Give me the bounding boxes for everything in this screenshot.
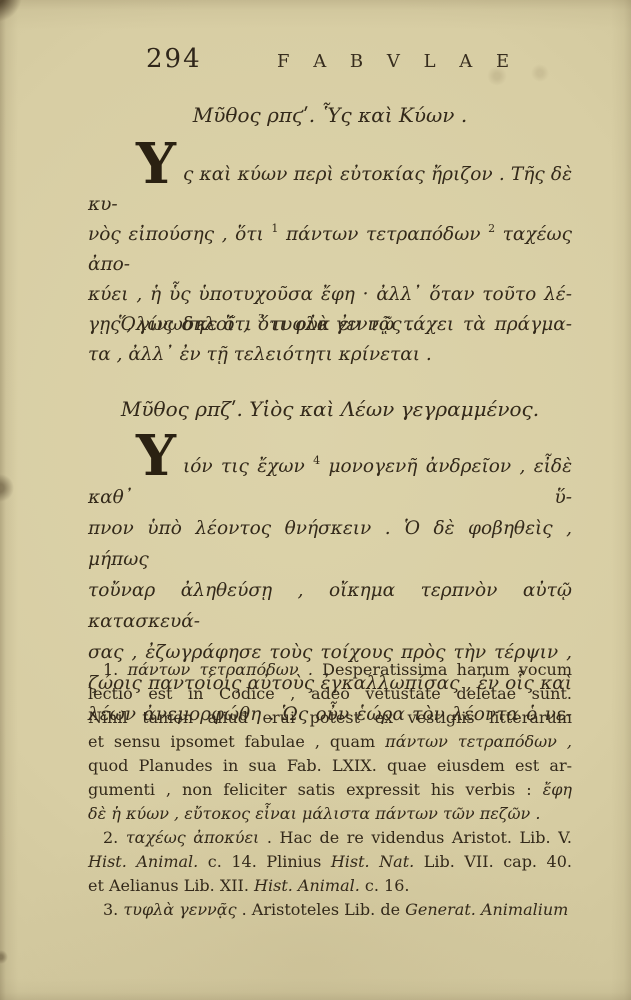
running-head: F A B V L A E bbox=[277, 51, 518, 72]
text-segment: ἔφη bbox=[543, 780, 572, 799]
text-segment: Hist. Nat. bbox=[331, 852, 414, 871]
text-segment: . Hac de re videndus Aristot. Lib. V. bbox=[267, 828, 572, 847]
text-segment: Generat. Animalium bbox=[405, 900, 568, 919]
fable-2-title: Μῦθος ρπζʹ. Υἱὸς καὶ Λέων γεγραμμένος. bbox=[60, 397, 600, 421]
text-segment: τυφλὰ γεννᾷς bbox=[123, 900, 241, 919]
text-line: πνον ὑπὸ λέοντος θνήσκειν . Ὁ δὲ φοβηθεὶ… bbox=[88, 513, 572, 575]
footnote-line: Hist. Animal. c. 14. Plinius Hist. Nat. … bbox=[88, 850, 572, 874]
text-segment: κύει , ἡ ὗς ὑποτυχοῦσα ἔφη · ἀλλ᾽ ὅταν τ… bbox=[88, 284, 572, 305]
text-segment: . Aristoteles Lib. de bbox=[242, 900, 406, 919]
text-segment: Hist. Animal. bbox=[88, 852, 198, 871]
text-segment: gumenti , non feliciter satis expressit … bbox=[88, 780, 543, 799]
book-page-scan: 294 F A B V L A E Μῦθος ρπϛʹ. Ὗς καὶ Κύω… bbox=[0, 0, 631, 1000]
text-segment: πνον ὑπὸ λέοντος θνήσκειν . Ὁ δὲ φοβηθεὶ… bbox=[88, 518, 572, 570]
footnote-line: 3. τυφλὰ γεννᾷς . Aristoteles Lib. de Ge… bbox=[88, 898, 572, 922]
text-segment: 1. bbox=[103, 660, 128, 679]
footnotes-section: 1. πάντων τετραπόδων . Desperatissima ha… bbox=[88, 658, 572, 922]
footnote-line: quod Planudes in sua Fab. LXIX. quae eiu… bbox=[88, 754, 572, 778]
text-line: Υς καὶ κύων περὶ εὐτοκίας ἤριζον . Τῆς δ… bbox=[88, 160, 572, 220]
text-segment: c. 14. Plinius bbox=[198, 852, 331, 871]
text-segment: νὸς εἰπούσης , ὅτι bbox=[88, 224, 271, 245]
text-segment: lectio est in Codice , adeo vetustate de… bbox=[88, 684, 572, 703]
text-line: Υιόν τις ἔχων 4 μονογενῆ ἀνδρεῖον , εἶδὲ… bbox=[88, 451, 572, 513]
text-segment: c. 16. bbox=[360, 876, 410, 895]
footnote-line: et sensu ipsomet fabulae , quam πάντων τ… bbox=[88, 730, 572, 754]
text-segment: πάντων τετραπόδων bbox=[278, 224, 488, 245]
text-segment: τοὔναρ ἀληθεύσῃ , οἴκημα τερπνὸν αὐτῷ κα… bbox=[88, 580, 572, 632]
text-line: κύει , ἡ ὗς ὑποτυχοῦσα ἔφη · ἀλλ᾽ ὅταν τ… bbox=[88, 280, 572, 310]
text-segment: δὲ ἡ κύων , εὔτοκος εἶναι μάλιστα πάντων… bbox=[88, 804, 540, 823]
text-line: τα , ἀλλ᾽ ἐν τῇ τελειότητι κρίνεται . bbox=[88, 340, 572, 370]
footnote-line: Nihil tamen aliud erui potest ex vestigi… bbox=[88, 706, 572, 730]
text-segment: 3. bbox=[103, 900, 123, 919]
text-segment: 2. bbox=[103, 828, 126, 847]
footnote-line: et Aelianus Lib. XII. Hist. Animal. c. 1… bbox=[88, 874, 572, 898]
text-segment: Desperatissima harum vocum bbox=[313, 660, 572, 679]
text-segment: et sensu ipsomet fabulae , quam bbox=[88, 732, 385, 751]
footnote-line: δὲ ἡ κύων , εὔτοκος εἶναι μάλιστα πάντων… bbox=[88, 802, 572, 826]
text-segment: πάντων τετραπόδων , bbox=[385, 732, 572, 751]
text-segment: et Aelianus Lib. XII. bbox=[88, 876, 254, 895]
fable-1-moral: Ὅλως δηλοῖ , ὅτι οὐκ ἐν τῷ τάχει τὰ πράγ… bbox=[88, 310, 572, 370]
page-number: 294 bbox=[146, 44, 202, 74]
text-line: Ὅλως δηλοῖ , ὅτι οὐκ ἐν τῷ τάχει τὰ πράγ… bbox=[88, 310, 572, 340]
text-segment: Nihil tamen aliud erui potest ex vestigi… bbox=[88, 708, 572, 727]
text-segment: ιόν τις ἔχων bbox=[183, 456, 313, 477]
text-line: νὸς εἰπούσης , ὅτι 1 πάντων τετραπόδων 2… bbox=[88, 220, 572, 280]
text-segment: quod Planudes in sua Fab. LXIX. quae eiu… bbox=[88, 756, 572, 775]
text-segment: τα , ἀλλ᾽ ἐν τῇ τελειότητι κρίνεται . bbox=[88, 344, 432, 365]
text-line: τοὔναρ ἀληθεύσῃ , οἴκημα τερπνὸν αὐτῷ κα… bbox=[88, 575, 572, 637]
footnote-line: 1. πάντων τετραπόδων . Desperatissima ha… bbox=[88, 658, 572, 682]
text-segment: Ὅλως δηλοῖ , ὅτι οὐκ ἐν τῷ τάχει τὰ πράγ… bbox=[118, 314, 572, 335]
text-segment: Lib. VII. cap. 40. bbox=[414, 852, 572, 871]
text-segment: ταχέως ἀποκύει bbox=[126, 828, 267, 847]
footnote-line: lectio est in Codice , adeo vetustate de… bbox=[88, 682, 572, 706]
footnote-line: gumenti , non feliciter satis expressit … bbox=[88, 778, 572, 802]
text-segment: πάντων τετραπόδων . bbox=[128, 660, 313, 679]
text-segment: Hist. Animal. bbox=[254, 876, 360, 895]
footnote-line: 2. ταχέως ἀποκύει . Hac de re videndus A… bbox=[88, 826, 572, 850]
fable-1-title: Μῦθος ρπϛʹ. Ὗς καὶ Κύων . bbox=[60, 103, 600, 127]
